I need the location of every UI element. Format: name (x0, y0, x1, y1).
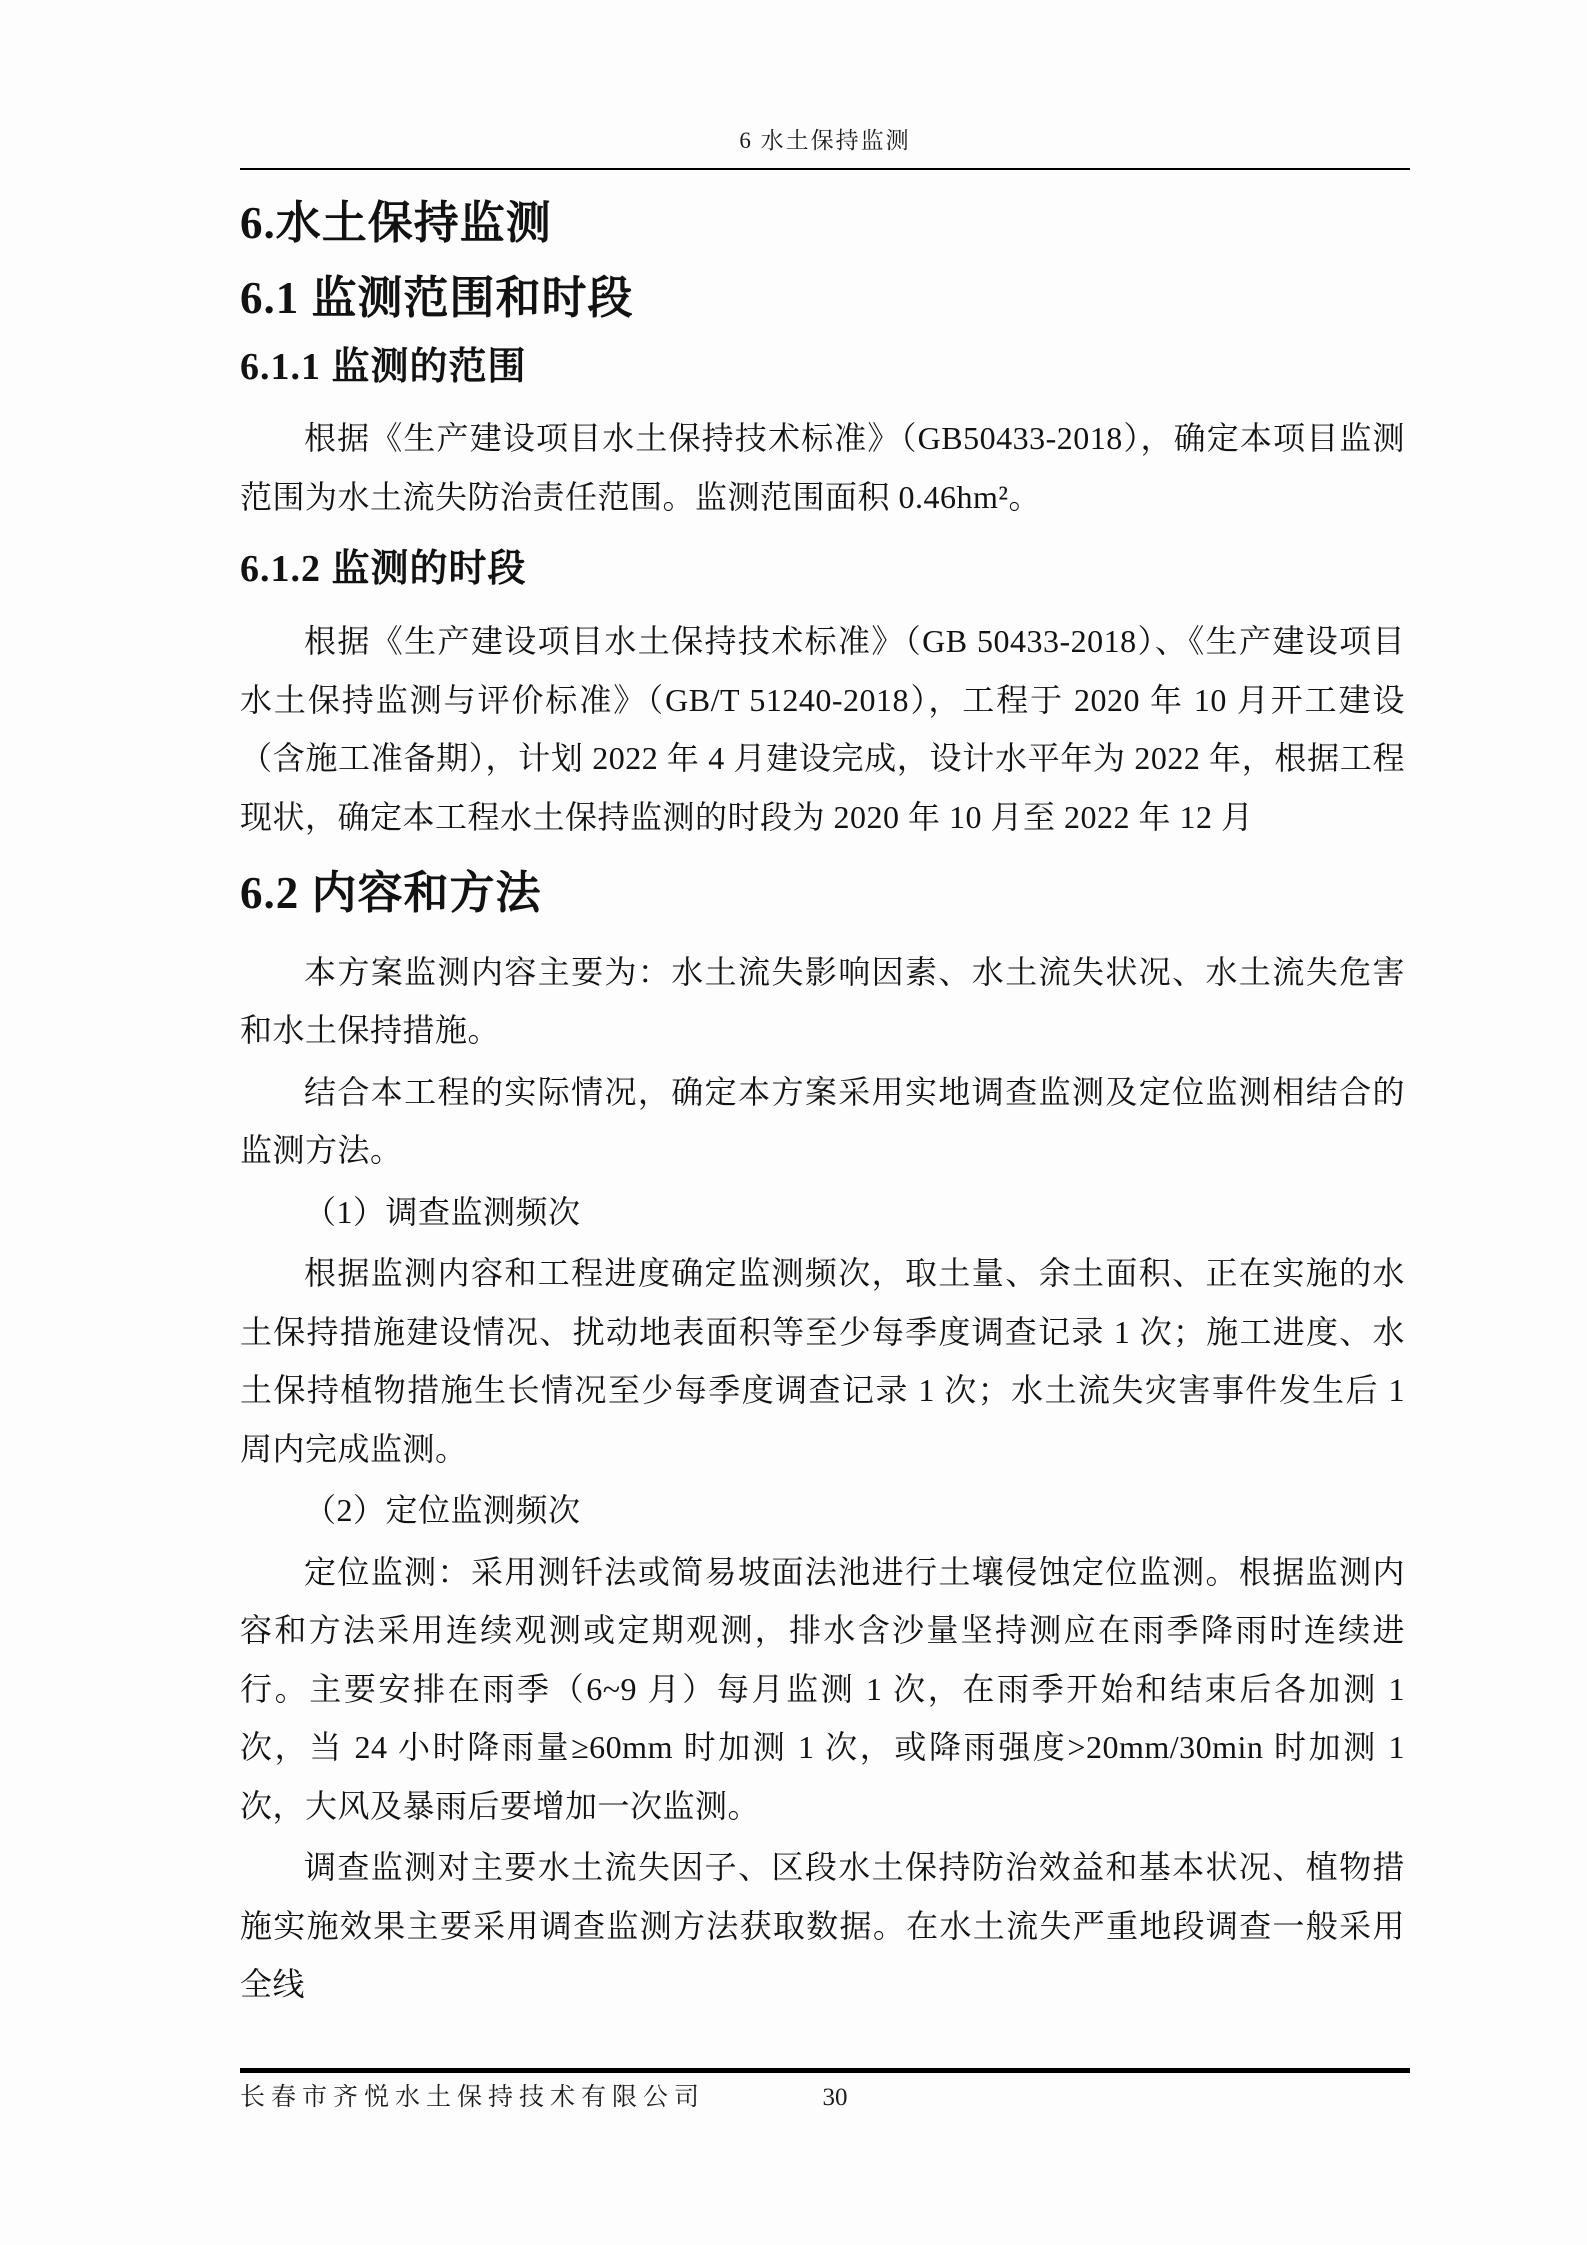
subsection-heading-6-1-1: 6.1.1 监测的范围 (240, 348, 1405, 388)
paragraph-monitoring-method: 结合本工程的实际情况，确定本方案采用实地调查监测及定位监测相结合的监测方法。 (240, 1063, 1405, 1180)
footer-rule (240, 2068, 1410, 2073)
document-body: 6.水土保持监测 6.1 监测范围和时段 6.1.1 监测的范围 根据《生产建设… (240, 178, 1405, 2017)
footer-company-name: 长春市齐悦水土保持技术有限公司 (240, 2082, 705, 2114)
header-rule (240, 168, 1410, 170)
chapter-heading: 6.水土保持监测 (240, 200, 1405, 247)
paragraph-survey-frequency: 根据监测内容和工程进度确定监测频次，取土量、余土面积、正在实施的水土保持措施建设… (240, 1244, 1405, 1478)
section-heading-6-2: 6.2 内容和方法 (240, 870, 1405, 917)
paragraph-survey-monitoring-data: 调查监测对主要水土流失因子、区段水土保持防治效益和基本状况、植物措施实施效果主要… (240, 1838, 1405, 2014)
list-item-fixed-point-frequency-title: （2）定位监测频次 (240, 1481, 1405, 1540)
paragraph-monitoring-content: 本方案监测内容主要为：水土流失影响因素、水土流失状况、水土流失危害和水土保持措施… (240, 943, 1405, 1060)
document-page: 6 水土保持监测 6.水土保持监测 6.1 监测范围和时段 6.1.1 监测的范… (0, 0, 1587, 2245)
paragraph-monitoring-period: 根据《生产建设项目水土保持技术标准》（GB 50433-2018）、《生产建设项… (240, 612, 1405, 846)
paragraph-monitoring-scope: 根据《生产建设项目水土保持技术标准》（GB50433-2018），确定本项目监测… (240, 409, 1405, 526)
list-item-survey-frequency-title: （1）调查监测频次 (240, 1183, 1405, 1242)
paragraph-fixed-point-monitoring: 定位监测：采用测钎法或简易坡面法池进行土壤侵蚀定位监测。根据监测内容和方法采用连… (240, 1543, 1405, 1836)
running-header: 6 水土保持监测 (240, 126, 1410, 156)
subsection-heading-6-1-2: 6.1.2 监测的时段 (240, 550, 1405, 590)
section-heading-6-1: 6.1 监测范围和时段 (240, 275, 1405, 322)
